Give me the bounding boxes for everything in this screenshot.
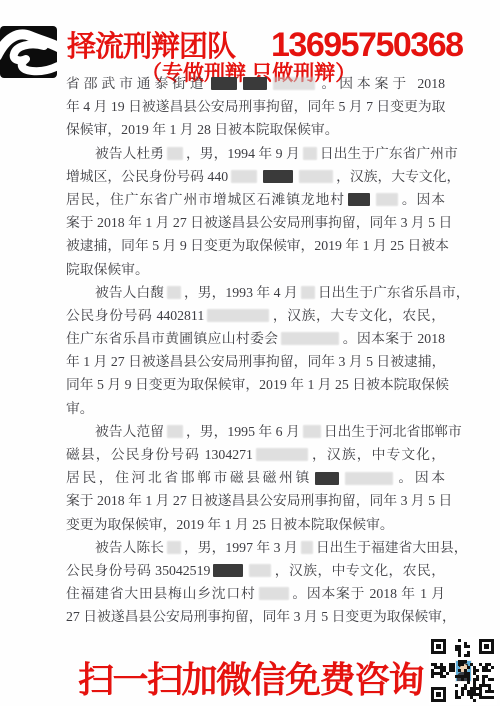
doc-text: 。因本案于 2018 年 1 月 xyxy=(292,586,445,601)
redaction-light xyxy=(167,425,183,438)
redaction-light xyxy=(231,170,257,183)
doc-text: 日出生于河北省邯郸市 xyxy=(324,424,462,439)
redaction-dark xyxy=(263,170,293,183)
document-line: 公民身份号码 35042519，汉族，中专文化，农民， xyxy=(66,559,445,582)
document-line: 案于 2018 年 1 月 27 日被遂昌县公安局刑事拘留，同年 3 月 5 日 xyxy=(66,211,445,234)
doc-text: 变更为取保候审，2019 年 1 月 25 日被本院取保候审。 xyxy=(66,517,394,532)
redaction-light xyxy=(376,193,398,206)
doc-text: ，男，1994 年 9 月 xyxy=(186,146,300,161)
doc-text: ，汉族，大专文化，农民， xyxy=(272,308,445,323)
redaction-light xyxy=(167,147,183,160)
doc-text: 日出生于广东省乐昌市， xyxy=(318,285,470,300)
document-line: 被告人范留，男，1995 年 6 月日出生于河北省邯郸市 xyxy=(66,420,445,443)
wechat-cta-text: 扫一扫加微信免费咨询 xyxy=(78,652,423,703)
doc-text: 27 日被遂昌县公安局刑事拘留，同年 3 月 5 日变更为取保候审， xyxy=(66,609,456,624)
qr-module xyxy=(464,660,467,663)
redaction-dark xyxy=(348,193,370,206)
document-line: 变更为取保候审，2019 年 1 月 25 日被本院取保候审。 xyxy=(66,513,445,536)
qr-module xyxy=(467,654,470,657)
doc-text: 被告人陈长 xyxy=(95,540,164,555)
document-line: 省邵武市通泰街道。因本案于 2018 xyxy=(66,72,445,95)
document-line: 保候审，2019 年 1 月 28 日被本院取保候审。 xyxy=(66,118,445,141)
document-line: 公民身份号码 4402811，汉族，大专文化，农民， xyxy=(66,304,445,327)
redaction-light xyxy=(303,425,321,438)
document-line: 年 4 月 19 日被遂昌县公安局刑事拘留，同年 5 月 7 日变更为取 xyxy=(66,95,445,118)
doc-text: 年 4 月 19 日被遂昌县公安局刑事拘留，同年 5 月 7 日变更为取 xyxy=(66,99,445,114)
qr-module xyxy=(458,696,461,699)
document-line: 住广东省乐昌市黄圃镇应山村委会。因本案于 2018 xyxy=(66,327,445,350)
qr-module xyxy=(455,684,458,687)
qr-module xyxy=(443,675,446,678)
qr-module xyxy=(452,669,455,672)
qr-module xyxy=(431,675,434,678)
doc-text: ，男，1995 年 6 月 xyxy=(186,424,300,439)
doc-text: 案于 2018 年 1 月 27 日被遂昌县公安局刑事拘留，同年 3 月 5 日 xyxy=(66,493,452,508)
doc-text: ，汉族，中专文化， xyxy=(311,447,445,462)
doc-text: 被告人杜勇 xyxy=(95,146,164,161)
document-line: 27 日被遂昌县公安局刑事拘留，同年 3 月 5 日变更为取保候审， xyxy=(66,605,445,628)
qr-module xyxy=(491,678,494,681)
qr-module xyxy=(458,654,461,657)
doc-text: ，汉族，中专文化，农民， xyxy=(274,563,445,578)
doc-text: 审。 xyxy=(66,401,94,416)
doc-text: 被告人范留 xyxy=(95,424,164,439)
document-line: 院取保候审。 xyxy=(66,258,445,281)
redaction-light xyxy=(167,541,181,554)
doc-text: 同年 5 月 9 日变更为取保候审，2019 年 1 月 25 日被本院取保候 xyxy=(66,377,449,392)
doc-text: 居民，住广东省广州市增城区石滩镇龙地村 xyxy=(66,192,345,207)
qr-module xyxy=(467,645,470,648)
doc-text: 年 1 月 27 日被遂昌县公安局刑事拘留，同年 3 月 5 日被逮捕， xyxy=(66,354,445,369)
redaction-dark xyxy=(243,77,267,90)
document-line: 住福建省大田县梅山乡沈口村。因本案于 2018 年 1 月 xyxy=(66,582,445,605)
doc-text: 居民，住河北省邯郸市磁县磁州镇 xyxy=(66,470,312,485)
doc-text: ，男，1993 年 4 月 xyxy=(184,285,298,300)
qr-module xyxy=(467,681,470,684)
doc-text: 。因本 xyxy=(396,470,445,485)
document-line: 居民，住河北省邯郸市磁县磁州镇。因本 xyxy=(66,466,445,489)
qr-module xyxy=(491,690,494,693)
qr-module xyxy=(461,693,464,696)
document-line: 年 1 月 27 日被遂昌县公安局刑事拘留，同年 3 月 5 日被逮捕， xyxy=(66,350,445,373)
redaction-light xyxy=(303,147,317,160)
redaction-light xyxy=(281,332,339,345)
doc-text: 住福建省大田县梅山乡沈口村 xyxy=(66,586,256,601)
zeliu-logo-icon xyxy=(0,26,57,78)
doc-text: 住广东省乐昌市黄圃镇应山村委会 xyxy=(66,331,278,346)
redaction-light xyxy=(167,286,181,299)
doc-text: 省邵武市通泰街道 xyxy=(66,76,208,91)
doc-text: 院取保候审。 xyxy=(66,262,149,277)
document-line: 被告人白馥，男，1993 年 4 月日出生于广东省乐昌市， xyxy=(66,281,445,304)
qr-module xyxy=(458,639,461,642)
qr-module xyxy=(458,669,461,672)
document-line: 被告人杜勇，男，1994 年 9 月日出生于广东省广州市 xyxy=(66,142,445,165)
qr-module xyxy=(461,663,464,666)
redaction-light xyxy=(256,448,308,461)
redaction-light xyxy=(299,170,333,183)
qr-module xyxy=(467,666,470,669)
document-line: 磁县，公民身份号码 1304271，汉族，中专文化， xyxy=(66,443,445,466)
redaction-light xyxy=(207,309,269,322)
doc-text: 案于 2018 年 1 月 27 日被遂昌县公安局刑事拘留，同年 3 月 5 日 xyxy=(66,215,452,230)
doc-text: 被逮捕，同年 5 月 9 日变更为取保候审，2019 年 1 月 25 日被本 xyxy=(66,238,449,253)
doc-text: 日出生于广东省广州市 xyxy=(320,146,458,161)
qr-pattern xyxy=(431,639,494,702)
redaction-dark xyxy=(315,472,339,485)
doc-text: 。因本案于 2018 xyxy=(342,331,445,346)
doc-text: 。因本案于 2018 xyxy=(318,76,445,91)
doc-text: 日出生于福建省大田县， xyxy=(316,540,468,555)
wechat-qr-code xyxy=(429,637,497,705)
redaction-light xyxy=(273,77,315,90)
doc-text: 公民身份号码 4402811 xyxy=(66,308,204,323)
doc-text: 公民身份号码 35042519 xyxy=(66,563,210,578)
qr-module xyxy=(488,669,491,672)
qr-module xyxy=(446,672,449,675)
redaction-light xyxy=(345,472,393,485)
redaction-light xyxy=(301,286,315,299)
court-document-body: 省邵武市通泰街道。因本案于 2018年 4 月 19 日被遂昌县公安局刑事拘留，… xyxy=(66,72,445,629)
redaction-dark xyxy=(211,77,237,90)
qr-module xyxy=(476,678,479,681)
qr-module xyxy=(491,696,494,699)
document-line: 增城区，公民身份号码 440，汉族，大专文化， xyxy=(66,165,445,188)
redaction-light xyxy=(249,564,271,577)
qr-module xyxy=(473,699,476,702)
qr-finder-bottom-left-icon xyxy=(431,687,446,702)
doc-text: 磁县，公民身份号码 1304271 xyxy=(66,447,253,462)
doc-text: ，男，1997 年 3 月 xyxy=(184,540,298,555)
qr-module xyxy=(491,666,494,669)
document-line: 案于 2018 年 1 月 27 日被遂昌县公安局刑事拘留，同年 3 月 5 日 xyxy=(66,489,445,512)
qr-module xyxy=(461,678,464,681)
document-line: 审。 xyxy=(66,397,445,420)
doc-text: ，汉族，大专文化， xyxy=(336,169,460,184)
qr-module xyxy=(476,669,479,672)
doc-text: 增城区，公民身份号码 440 xyxy=(66,169,228,184)
qr-finder-top-right-icon xyxy=(479,639,494,654)
document-line: 被逮捕，同年 5 月 9 日变更为取保候审，2019 年 1 月 25 日被本 xyxy=(66,234,445,257)
qr-finder-top-left-icon xyxy=(431,639,446,654)
doc-text: 保候审，2019 年 1 月 28 日被本院取保候审。 xyxy=(66,122,339,137)
doc-text: 。因本 xyxy=(401,192,445,207)
redaction-light xyxy=(259,587,289,600)
document-line: 居民，住广东省广州市增城区石滩镇龙地村。因本 xyxy=(66,188,445,211)
doc-text: 被告人白馥 xyxy=(95,285,164,300)
redaction-light xyxy=(301,541,313,554)
redaction-dark xyxy=(213,564,243,577)
scanned-court-document-flyer: 择流刑辩团队 13695750368 （专做刑辩 只做刑辩） 省邵武市通泰街道。… xyxy=(0,0,500,706)
document-line: 同年 5 月 9 日变更为取保候审，2019 年 1 月 25 日被本院取保候 xyxy=(66,373,445,396)
document-line: 被告人陈长，男，1997 年 3 月日出生于福建省大田县， xyxy=(66,536,445,559)
